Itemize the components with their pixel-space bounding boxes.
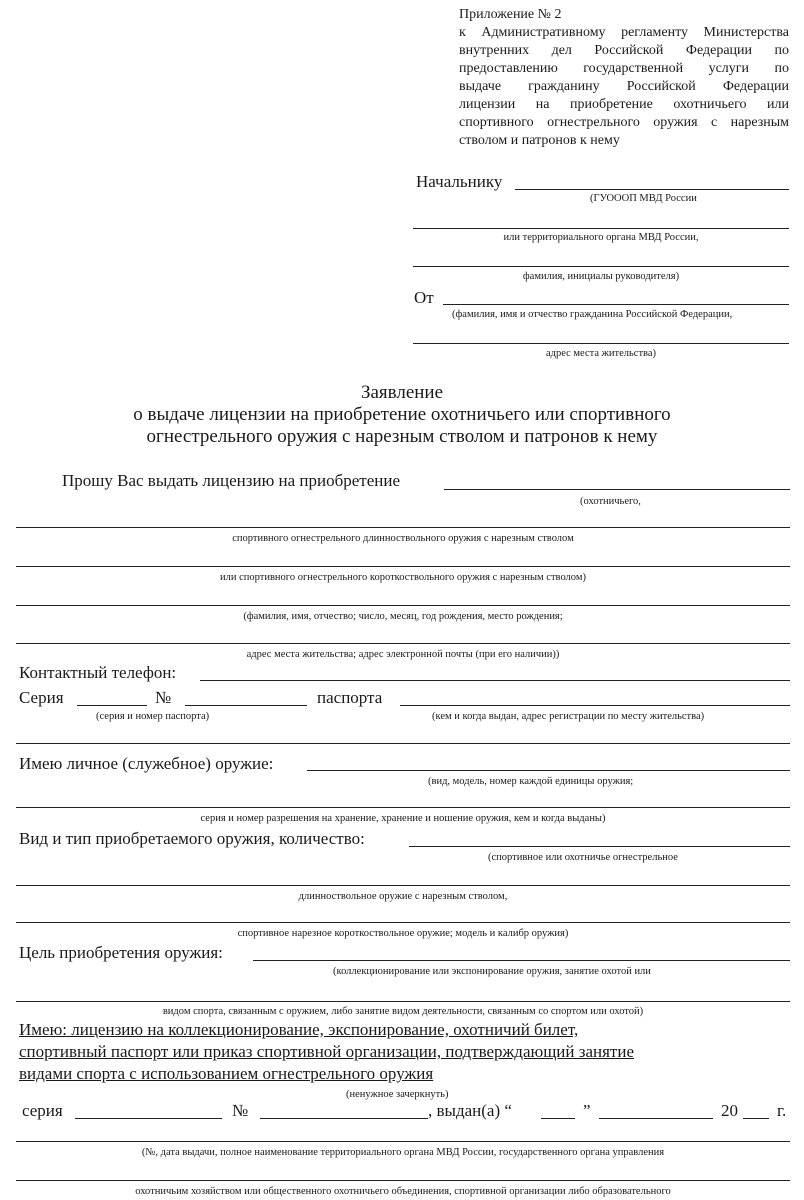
document-series-field[interactable] <box>75 1118 222 1119</box>
appendix-line: предоставлению государственной услуги по <box>459 60 789 78</box>
phone-label: Контактный телефон: <box>19 663 176 683</box>
document-subtitle-2: огнестрельного оружия с нарезным стволом… <box>0 426 804 448</box>
document-title: Заявление <box>0 382 804 404</box>
from-label: От <box>414 288 434 308</box>
acquired-weapon-field-3[interactable] <box>16 922 790 923</box>
appendix-line: внутренних дел Российской Федерации по <box>459 42 789 60</box>
appendix-line: стволом и патронов к нему <box>459 132 789 150</box>
request-hint-1: (охотничьего, <box>580 496 641 508</box>
document-day-field[interactable] <box>541 1118 575 1119</box>
applicant-hint-2: адрес места жительства; адрес электронно… <box>16 649 790 661</box>
from-field[interactable] <box>443 304 789 305</box>
documents-line-3: видами спорта с использованием огнестрел… <box>19 1063 433 1085</box>
request-hint-3: или спортивного огнестрельного короткост… <box>16 572 790 584</box>
applicant-hint-1: (фамилия, имя, отчество; число, месяц, г… <box>16 611 790 623</box>
applicant-field[interactable] <box>16 605 790 606</box>
passport-series-field[interactable] <box>77 705 147 706</box>
strike-hint: (ненужное зачеркнуть) <box>346 1089 448 1101</box>
to-hint-3: фамилия, инициалы руководителя) <box>413 271 789 283</box>
acquired-weapon-hint-3: спортивное нарезное короткоствольное ору… <box>16 928 790 940</box>
document-issuer-field-2[interactable] <box>16 1180 790 1181</box>
passport-number-field[interactable] <box>185 705 307 706</box>
to-field[interactable] <box>515 189 789 190</box>
document-series-label: серия <box>22 1101 63 1121</box>
own-weapon-field-2[interactable] <box>16 807 790 808</box>
request-label: Прошу Вас выдать лицензию на приобретени… <box>62 471 400 491</box>
own-weapon-label: Имею личное (служебное) оружие: <box>19 754 273 774</box>
document-year-prefix: 20 <box>721 1101 738 1121</box>
document-number-label: № <box>232 1101 248 1121</box>
to-hint: (ГУОООП МВД России <box>590 193 697 205</box>
acquired-weapon-field-2[interactable] <box>16 885 790 886</box>
purpose-hint-2: видом спорта, связанным с оружием, либо … <box>16 1006 790 1018</box>
document-subtitle-1: о выдаче лицензии на приобретение охотни… <box>0 404 804 426</box>
to-field-3[interactable] <box>413 266 789 267</box>
from-field-2[interactable] <box>413 343 789 344</box>
to-field-2[interactable] <box>413 228 789 229</box>
request-field[interactable] <box>444 489 790 490</box>
appendix-block: Приложение № 2 к Административному регла… <box>459 6 789 150</box>
passport-hint: (серия и номер паспорта) <box>96 711 209 723</box>
documents-line-2: спортивный паспорт или приказ спортивной… <box>19 1041 634 1063</box>
applicant-field-2[interactable] <box>16 643 790 644</box>
purpose-label: Цель приобретения оружия: <box>19 943 223 963</box>
from-hint-2: адрес места жительства) <box>413 348 789 360</box>
document-issued-label: , выдан(а) “ <box>428 1101 512 1121</box>
document-month-field[interactable] <box>599 1118 713 1119</box>
appendix-line: лицензии на приобретение охотничьего или <box>459 96 789 114</box>
acquired-weapon-hint-1: (спортивное или охотничье огнестрельное <box>488 852 678 864</box>
acquired-weapon-hint-2: длинноствольное оружие с нарезным стволо… <box>16 891 790 903</box>
purpose-field-2[interactable] <box>16 1001 790 1002</box>
appendix-heading: Приложение № 2 <box>459 6 789 24</box>
document-year-suffix: г. <box>777 1101 786 1121</box>
passport-issued-field[interactable] <box>400 705 790 706</box>
document-issuer-hint-2: охотничьим хозяйством или общественного … <box>16 1186 790 1198</box>
document-quote-close: ” <box>583 1101 591 1121</box>
purpose-field[interactable] <box>253 960 790 961</box>
acquired-weapon-label: Вид и тип приобретаемого оружия, количес… <box>19 829 365 849</box>
appendix-line: выдаче гражданину Российской Федерации <box>459 78 789 96</box>
purpose-hint-1: (коллекционирование или экспонирование о… <box>333 966 651 978</box>
request-field-3[interactable] <box>16 566 790 567</box>
from-hint: (фамилия, имя и отчество гражданина Росс… <box>452 309 732 321</box>
passport-address-field[interactable] <box>16 743 790 744</box>
phone-field[interactable] <box>200 680 790 681</box>
document-issuer-hint-1: (№, дата выдачи, полное наименование тер… <box>16 1147 790 1159</box>
to-hint-2: или территориального органа МВД России, <box>413 232 789 244</box>
passport-issued-hint: (кем и когда выдан, адрес регистрации по… <box>432 711 704 723</box>
appendix-line: к Административному регламенту Министерс… <box>459 24 789 42</box>
document-number-field[interactable] <box>260 1118 428 1119</box>
to-label: Начальнику <box>416 172 502 192</box>
passport-number-label: № <box>155 688 171 708</box>
request-field-2[interactable] <box>16 527 790 528</box>
passport-series-label: Серия <box>19 688 64 708</box>
document-year-field[interactable] <box>743 1118 769 1119</box>
acquired-weapon-field[interactable] <box>409 846 790 847</box>
appendix-line: спортивного огнестрельного оружия с наре… <box>459 114 789 132</box>
documents-line-1: Имею: лицензию на коллекционирование, эк… <box>19 1019 578 1041</box>
request-hint-2: спортивного огнестрельного длинноствольн… <box>16 533 790 545</box>
own-weapon-hint-1: (вид, модель, номер каждой единицы оружи… <box>428 776 633 788</box>
passport-label: паспорта <box>317 688 382 708</box>
own-weapon-hint-2: серия и номер разрешения на хранение, хр… <box>16 813 790 825</box>
own-weapon-field[interactable] <box>307 770 790 771</box>
document-issuer-field[interactable] <box>16 1141 790 1142</box>
